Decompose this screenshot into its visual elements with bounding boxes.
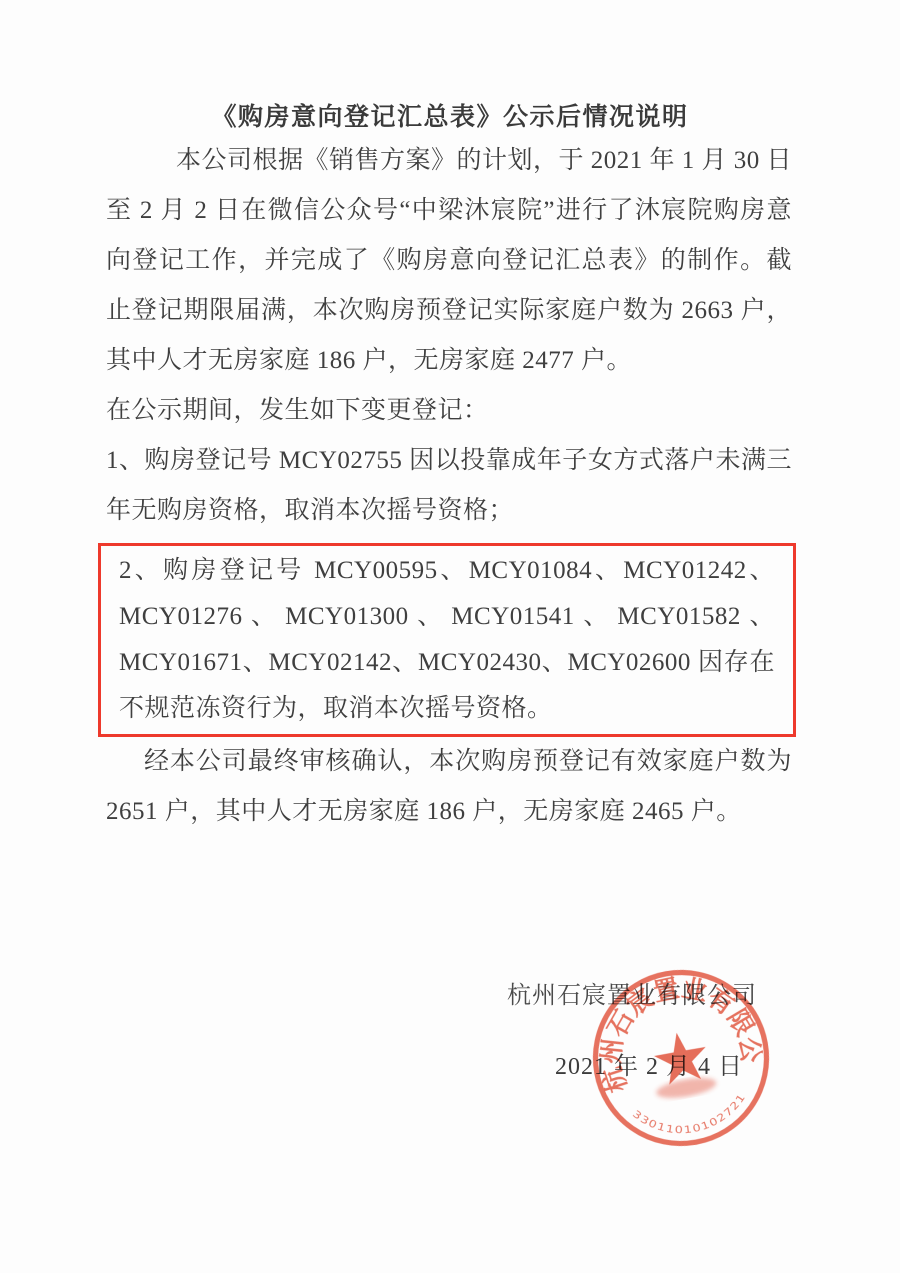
change-item-2: 2、购房登记号 MCY00595、MCY01084、MCY01242、MCY01… <box>119 548 775 732</box>
document-body: 本公司根据《销售方案》的计划，于 2021 年 1 月 30 日至 2 月 2 … <box>0 136 900 1084</box>
signature-company-name: 杭州石宸置业有限公司 <box>106 979 757 1013</box>
seal-number-text: 33011010102721 <box>629 1089 753 1145</box>
change-item-1: 1、购房登记号 MCY02755 因以投靠成年子女方式落户未满三年无购房资格，取… <box>106 436 792 536</box>
signature-date: 2021 年 2 月 4 日 <box>106 1050 743 1084</box>
document-title: 《购房意向登记汇总表》公示后情况说明 <box>0 100 900 136</box>
intro-paragraph: 本公司根据《销售方案》的计划，于 2021 年 1 月 30 日至 2 月 2 … <box>106 136 792 386</box>
section-lead: 在公示期间，发生如下变更登记： <box>106 386 792 436</box>
conclusion-paragraph: 经本公司最终审核确认，本次购房预登记有效家庭户数为 2651 户，其中人才无房家… <box>106 737 792 837</box>
highlight-box: 2、购房登记号 MCY00595、MCY01084、MCY01242、MCY01… <box>98 543 796 737</box>
document-page: 《购房意向登记汇总表》公示后情况说明 本公司根据《销售方案》的计划，于 2021… <box>0 0 900 1273</box>
